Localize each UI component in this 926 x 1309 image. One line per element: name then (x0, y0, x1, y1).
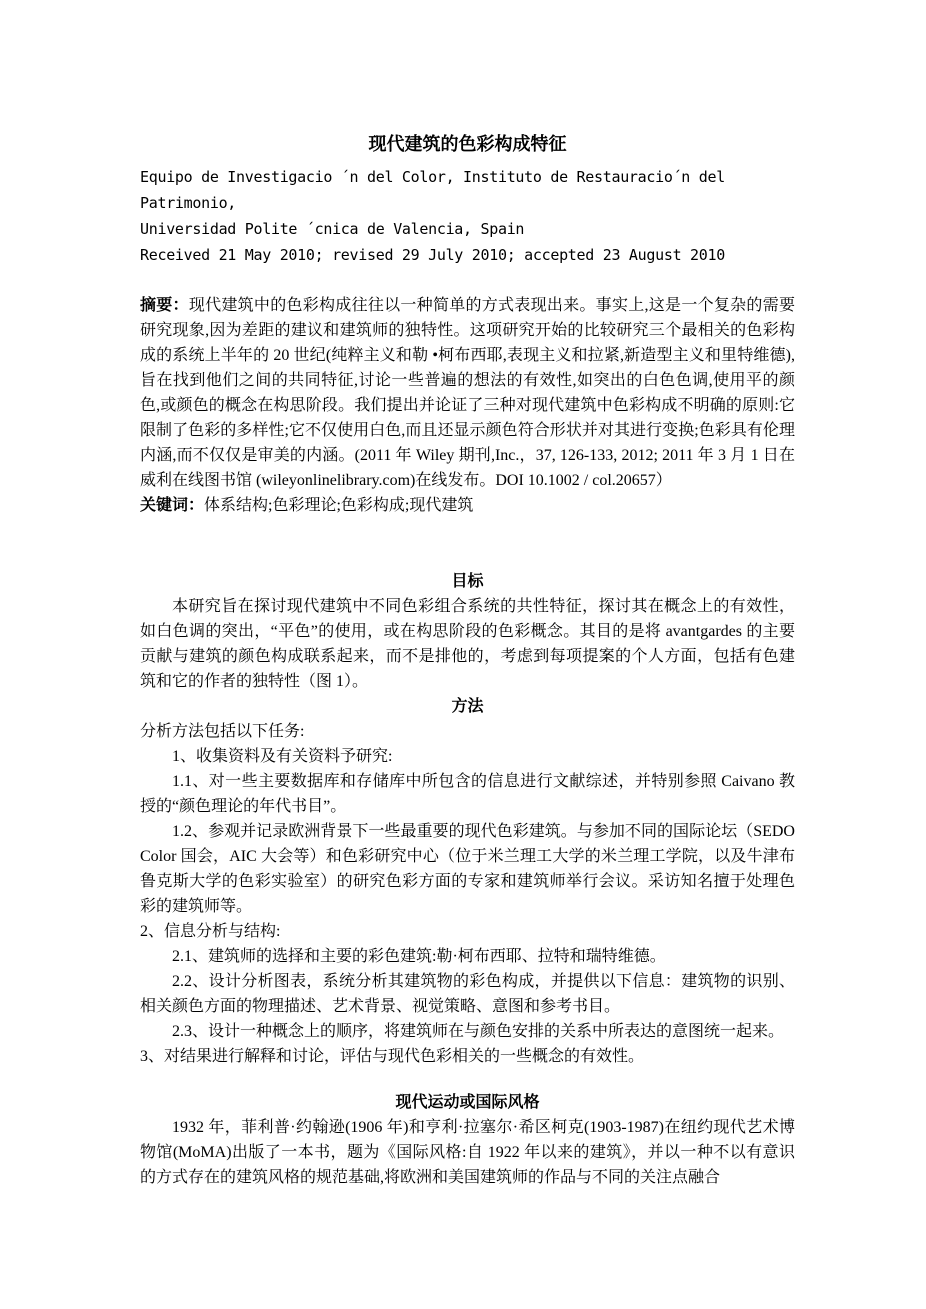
method-item-2-2: 2.2、设计分析图表，系统分析其建筑物的彩色构成，并提供以下信息：建筑物的识别、… (140, 969, 795, 1019)
section-modern-movement: 现代运动或国际风格 1932 年，菲利普·约翰逊(1906 年)和亨利·拉塞尔·… (140, 1090, 795, 1190)
modern-movement-paragraph: 1932 年，菲利普·约翰逊(1906 年)和亨利·拉塞尔·希区柯克(1903-… (140, 1115, 795, 1190)
method-item-1-2: 1.2、参观并记录欧洲背景下一些最重要的现代色彩建筑。与参加不同的国际论坛（SE… (140, 819, 795, 919)
keywords-text: 体系结构;色彩理论;色彩构成;现代建筑 (204, 497, 473, 514)
section-heading-modern-movement: 现代运动或国际风格 (140, 1090, 795, 1115)
affiliation-line-2: Universidad Polite ´cnica de Valencia, S… (140, 216, 795, 242)
method-item-2-3: 2.3、设计一种概念上的顺序，将建筑师在与颜色安排的关系中所表达的意图统一起来。 (140, 1019, 795, 1044)
abstract-section: 摘要：现代建筑中的色彩构成往往以一种简单的方式表现出来。事实上,这是一个复杂的需… (140, 293, 795, 518)
header-block: Equipo de Investigacio ´n del Color, Ins… (140, 164, 795, 268)
method-item-1: 1、收集资料及有关资料予研究: (140, 744, 795, 769)
keywords-label: 关键词： (140, 497, 204, 514)
received-dates-line: Received 21 May 2010; revised 29 July 20… (140, 242, 795, 268)
section-heading-method: 方法 (140, 694, 795, 719)
document-title: 现代建筑的色彩构成特征 (140, 131, 795, 157)
method-item-1-1: 1.1、对一些主要数据库和存储库中所包含的信息进行文献综述，并特别参照 Caiv… (140, 769, 795, 819)
goals-paragraph: 本研究旨在探讨现代建筑中不同色彩组合系统的共性特征，探讨其在概念上的有效性，如白… (140, 594, 795, 694)
abstract-paragraph: 摘要：现代建筑中的色彩构成往往以一种简单的方式表现出来。事实上,这是一个复杂的需… (140, 293, 795, 493)
method-intro-paragraph: 分析方法包括以下任务: (140, 719, 795, 744)
abstract-text: 现代建筑中的色彩构成往往以一种简单的方式表现出来。事实上,这是一个复杂的需要研究… (140, 297, 795, 489)
method-item-2-1: 2.1、建筑师的选择和主要的彩色建筑:勒·柯布西耶、拉特和瑞特维德。 (140, 944, 795, 969)
method-item-3: 3、对结果进行解释和讨论，评估与现代色彩相关的一些概念的有效性。 (140, 1044, 795, 1069)
section-goals: 目标 本研究旨在探讨现代建筑中不同色彩组合系统的共性特征，探讨其在概念上的有效性… (140, 569, 795, 694)
keywords-paragraph: 关键词：体系结构;色彩理论;色彩构成;现代建筑 (140, 493, 795, 518)
abstract-label: 摘要： (140, 297, 189, 314)
section-method: 方法 分析方法包括以下任务: 1、收集资料及有关资料予研究: 1.1、对一些主要… (140, 694, 795, 1069)
document-page: 现代建筑的色彩构成特征 Equipo de Investigacio ´n de… (0, 0, 926, 1309)
section-heading-goals: 目标 (140, 569, 795, 594)
affiliation-line-1: Equipo de Investigacio ´n del Color, Ins… (140, 164, 795, 216)
method-item-2: 2、信息分析与结构: (140, 919, 795, 944)
